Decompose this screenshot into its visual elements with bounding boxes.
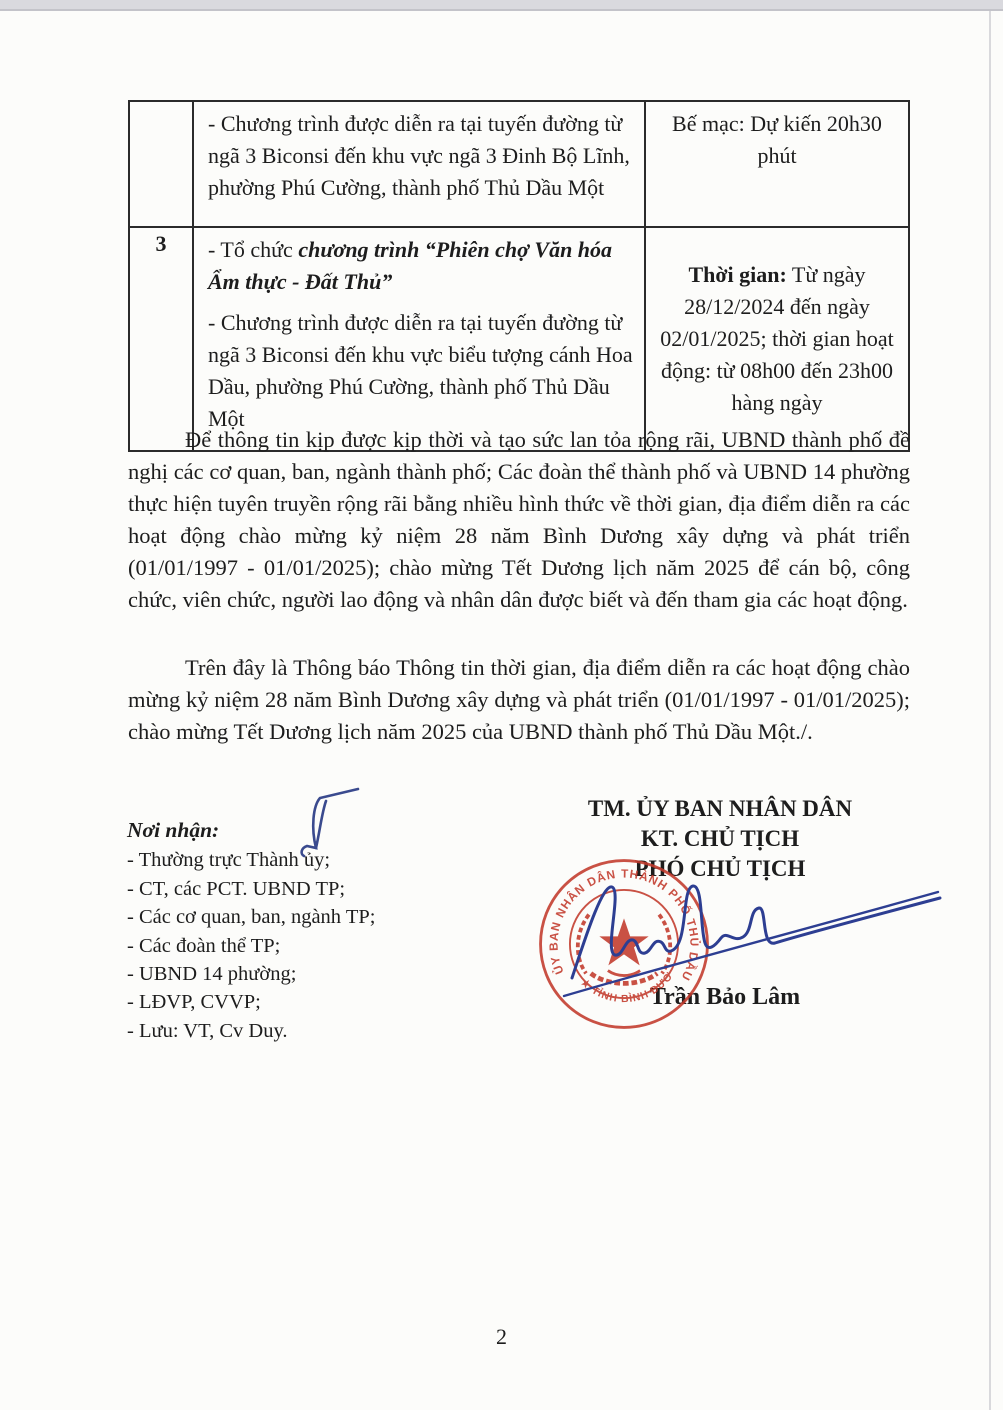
body-paragraph: Trên đây là Thông báo Thông tin thời gia… bbox=[128, 652, 910, 748]
activity-time-cell: Thời gian: Từ ngày 28/12/2024 đến ngày 0… bbox=[645, 227, 909, 451]
authority-line-1: TM. ỦY BAN NHÂN DÂN bbox=[510, 794, 930, 824]
recipient-item: - CT, các PCT. UBND TP; bbox=[127, 875, 375, 903]
pen-mark bbox=[298, 786, 362, 866]
table-row: - Chương trình được diễn ra tại tuyến đư… bbox=[129, 101, 909, 227]
signature-ink-icon bbox=[552, 858, 944, 1000]
activity-time-cell: Bế mạc: Dự kiến 20h30 phút bbox=[645, 101, 909, 227]
handwritten-signature bbox=[552, 858, 944, 1000]
activity-description-cell: - Chương trình được diễn ra tại tuyến đư… bbox=[193, 101, 645, 227]
event-time-text: Thời gian: Từ ngày 28/12/2024 đến ngày 0… bbox=[654, 259, 900, 419]
activity-title-text: - Tổ chức chương trình “Phiên chợ Văn hó… bbox=[208, 234, 634, 298]
recipient-item: - LĐVP, CVVP; bbox=[127, 988, 375, 1016]
scan-edge-right bbox=[989, 11, 991, 1410]
authority-line-2: KT. CHỦ TỊCH bbox=[510, 824, 930, 854]
recipient-item: - Lưu: VT, Cv Duy. bbox=[127, 1017, 375, 1045]
row-number-cell: 3 bbox=[129, 227, 193, 451]
activity-description-cell: - Tổ chức chương trình “Phiên chợ Văn hó… bbox=[193, 227, 645, 451]
recipient-item: - Các đoàn thể TP; bbox=[127, 932, 375, 960]
schedule-table: - Chương trình được diễn ra tại tuyến đư… bbox=[128, 100, 910, 452]
page-number: 2 bbox=[0, 1324, 1003, 1350]
recipient-item: - Các cơ quan, ban, ngành TP; bbox=[127, 903, 375, 931]
activity-location-text: - Chương trình được diễn ra tại tuyến đư… bbox=[208, 108, 634, 204]
scan-edge-top bbox=[0, 0, 1003, 11]
body-paragraph: Để thông tin kịp được kịp thời và tạo sứ… bbox=[128, 424, 910, 616]
document-page: - Chương trình được diễn ra tại tuyến đư… bbox=[0, 0, 1003, 1410]
row-number-cell bbox=[129, 101, 193, 227]
pen-flourish-icon bbox=[298, 786, 362, 866]
activity-location-text: - Chương trình được diễn ra tại tuyến đư… bbox=[208, 307, 634, 435]
table-row: 3 - Tổ chức chương trình “Phiên chợ Văn … bbox=[129, 227, 909, 451]
time-label: Thời gian: bbox=[688, 262, 786, 287]
closing-time-text: Bế mạc: Dự kiến 20h30 phút bbox=[654, 108, 900, 172]
recipient-item: - UBND 14 phường; bbox=[127, 960, 375, 988]
